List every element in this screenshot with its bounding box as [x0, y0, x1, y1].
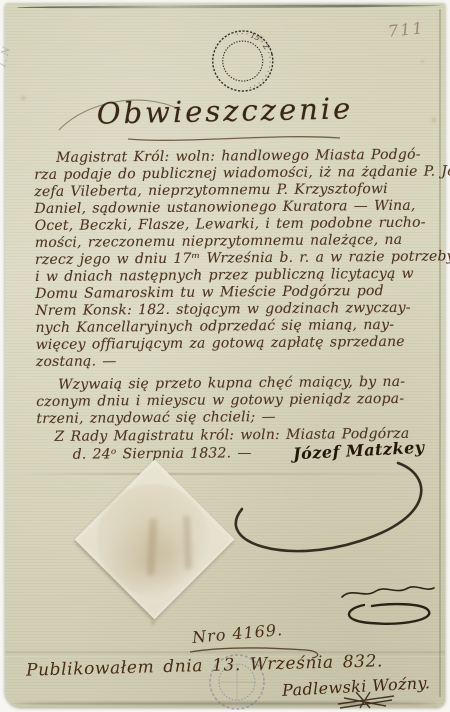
body-line: Wzywaią się przeto kupna chęć maiący, by…	[58, 374, 405, 393]
body-line: Magistrat Król: woln: handlowego Miasta …	[56, 147, 421, 166]
body-line: Daniel, sądownie ustanowionego Kuratora …	[34, 198, 415, 217]
illegible-countersignature	[336, 583, 440, 633]
body-line: trzeni, znaydować się chcieli; —	[36, 409, 276, 427]
body-line: czonym dniu i mieyscu w gotowy pieniądz …	[36, 391, 404, 410]
crosshatch-scribble	[336, 690, 398, 710]
body-line: zostaną. —	[36, 353, 117, 370]
scanned-document: 711 1. N · · · 15 · Z · · · · · · · · · …	[0, 0, 450, 712]
body-line: i w dniach następnych przez publiczną li…	[35, 266, 414, 285]
body-line: Ocet, Beczki, Flasze, Lewarki, i tem pod…	[35, 215, 426, 234]
body-line: zefa Vileberta, nieprzytomnemu P. Krzysz…	[34, 181, 388, 200]
body-line: Domu Samaroskim tu w Mieście Podgórzu po…	[35, 283, 384, 302]
body-line: mości, rzeczonemu nieprzytomnemu należąc…	[35, 232, 403, 251]
body-line: więcey offiarującym za gotową zapłatę sp…	[36, 334, 405, 353]
body-line: Nrem Konsk: 182. stojącym w godzinach zw…	[35, 300, 410, 319]
body-line: nych Kancellaryinych odprzedać się mianą…	[35, 317, 394, 336]
